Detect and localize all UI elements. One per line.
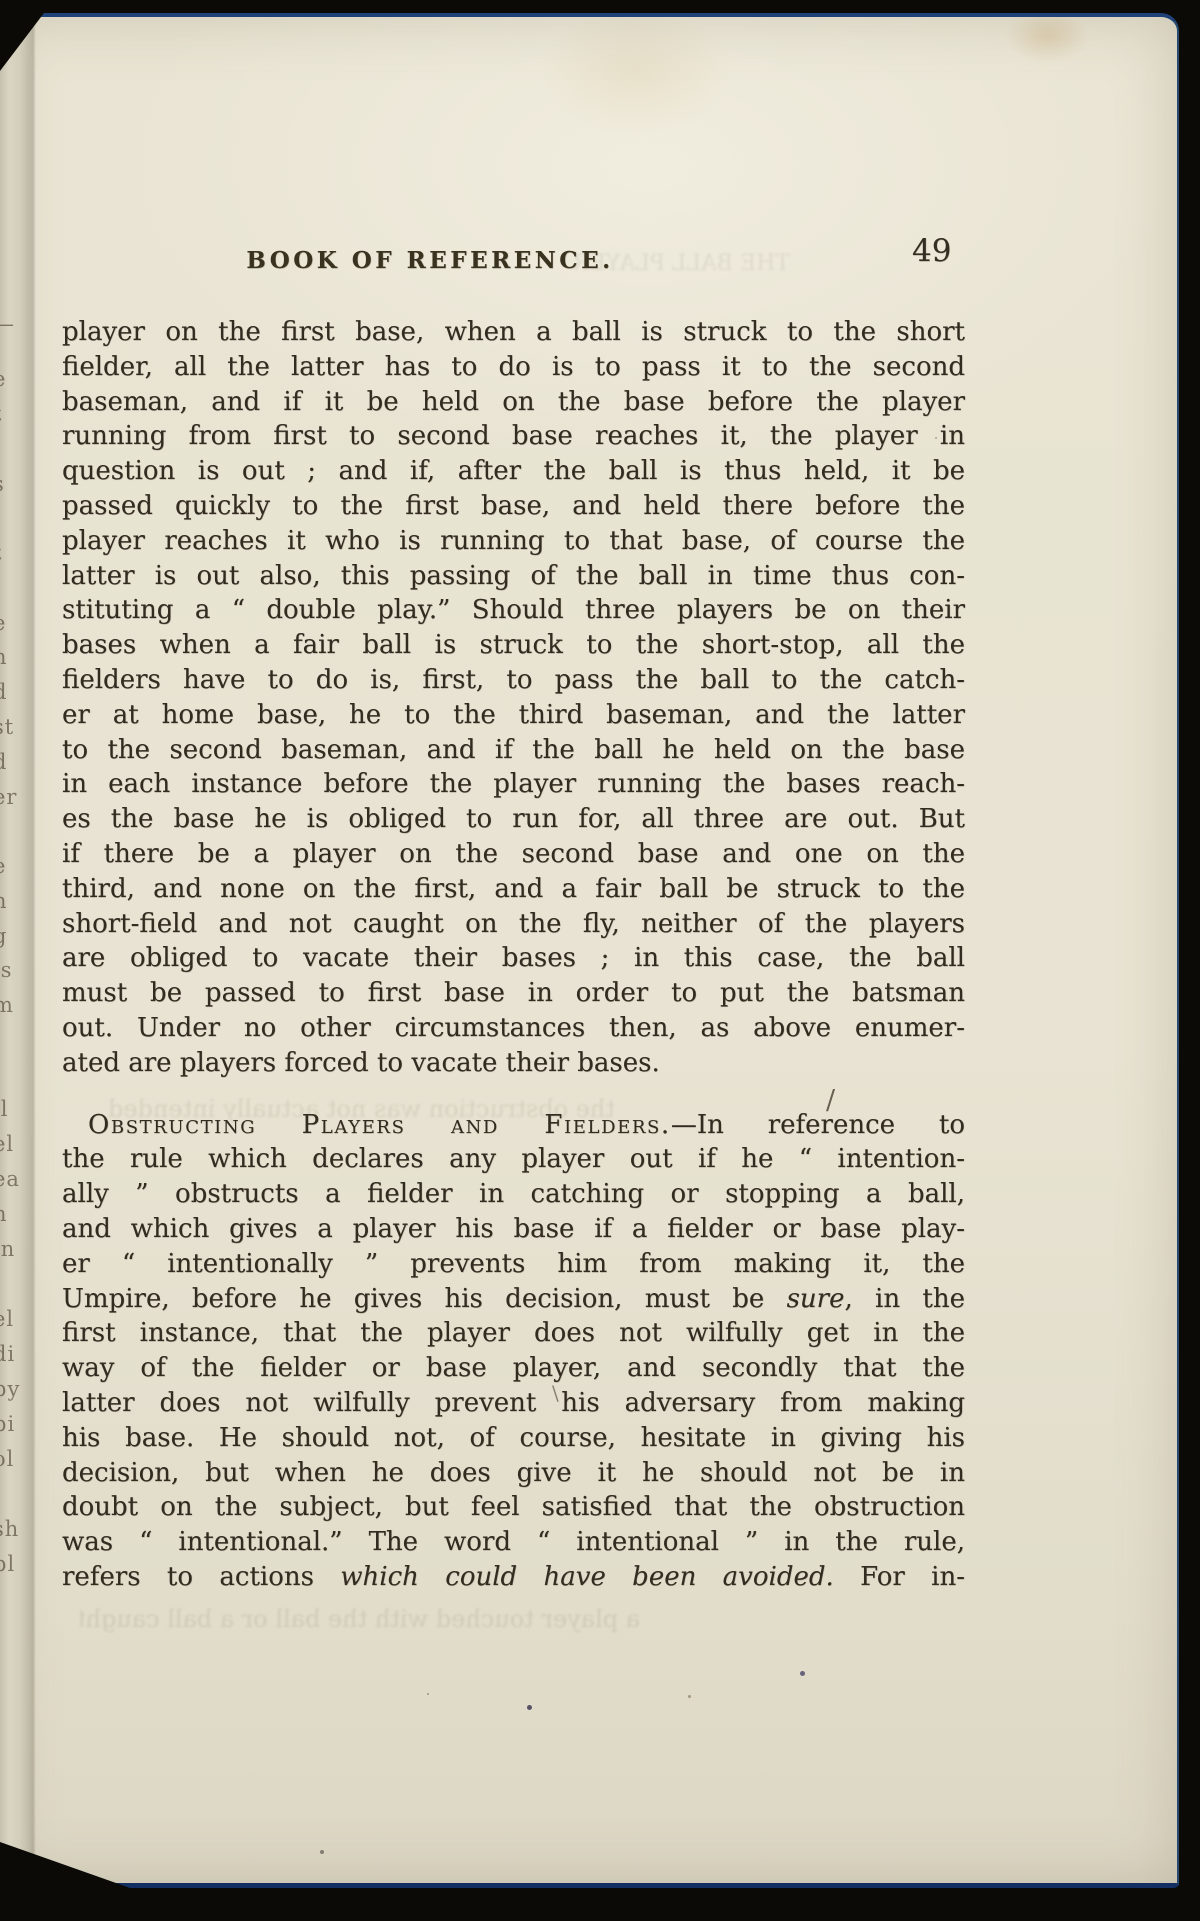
- text-line: must be passed to first base in order to…: [62, 976, 965, 1011]
- bleed-through-text: a player touched with the ball or a ball…: [80, 1605, 640, 1633]
- facing-page-edge: —etstendstderengismileleanineldibybiolsh…: [0, 17, 36, 1883]
- edge-letter-fragment: ea: [0, 1167, 20, 1191]
- text-line: ally ” obstructs a fielder in catching o…: [62, 1177, 965, 1212]
- edge-letter-fragment: st: [0, 715, 14, 739]
- ink-speck: [800, 1671, 805, 1676]
- scan-background: —etstendstderengismileleanineldibybiolsh…: [0, 0, 1200, 1921]
- text-line: es the base he is obliged to run for, al…: [62, 802, 965, 837]
- edge-letter-fragment: sh: [0, 1517, 19, 1541]
- text-line: short-field and not caught on the fly, n…: [62, 907, 965, 942]
- edge-letter-fragment: in: [0, 1237, 15, 1261]
- text-line: latter is out also, this passing of the …: [62, 559, 965, 594]
- edge-letter-fragment: el: [0, 1307, 14, 1331]
- text-line: er at home base, he to the third baseman…: [62, 698, 965, 733]
- edge-letter-fragment: t: [0, 541, 2, 565]
- text-line: Umpire, before he gives his decision, mu…: [62, 1282, 965, 1317]
- edge-letter-fragment: ol: [0, 1447, 14, 1471]
- ink-speck: [935, 437, 937, 439]
- text-line: ated are players forced to vacate their …: [62, 1046, 965, 1081]
- edge-letter-fragment: di: [0, 1342, 15, 1366]
- text-line: question is out ; and if, after the ball…: [62, 454, 965, 489]
- edge-letter-fragment: e: [0, 367, 6, 391]
- text-line: in each instance before the player runni…: [62, 767, 965, 802]
- page-corner-curl-top-left: [0, 13, 44, 71]
- text-line: player on the first base, when a ball is…: [62, 315, 965, 350]
- edge-letter-fragment: by: [0, 1377, 20, 1401]
- text-line: fielders have to do is, first, to pass t…: [62, 663, 965, 698]
- paragraph-2: Obstructing Players and Fielders.—In ref…: [62, 1108, 965, 1595]
- book-page: —etstendstderengismileleanineldibybiolsh…: [0, 13, 1179, 1888]
- text-line: to the second baseman, and if the ball h…: [62, 733, 965, 768]
- text-line: way of the fielder or base player, and s…: [62, 1351, 965, 1386]
- paragraph-1: player on the first base, when a ball is…: [62, 315, 965, 1081]
- bleed-through-text: the obstruction was not actually intende…: [95, 1095, 615, 1123]
- edge-letter-fragment: e: [0, 611, 6, 635]
- bleed-through-text: THE BALL PLAYER: [560, 251, 790, 276]
- edge-letter-fragment: g: [0, 924, 7, 948]
- text-line: er “ intentionally ” prevents him from m…: [62, 1247, 965, 1282]
- edge-letter-fragment: il: [0, 1097, 8, 1121]
- ink-speck: [527, 1705, 532, 1710]
- text-line: running from first to second base reache…: [62, 419, 965, 454]
- edge-letter-fragment: bi: [0, 1412, 15, 1436]
- text-line: are obliged to vacate their bases ; in t…: [62, 941, 965, 976]
- edge-letter-fragment: n: [0, 645, 8, 669]
- pen-mark: /: [826, 1085, 835, 1116]
- edge-letter-fragment: d: [0, 680, 7, 704]
- text-line: and which gives a player his base if a f…: [62, 1212, 965, 1247]
- edge-letter-fragment: n: [0, 1202, 8, 1226]
- text-line: his base. He should not, of course, hesi…: [62, 1421, 965, 1456]
- text-line: passed quickly to the first base, and he…: [62, 489, 965, 524]
- edge-letter-fragment: s: [0, 472, 5, 496]
- text-line: player reaches it who is running to that…: [62, 524, 965, 559]
- text-line: stituting a “ double play.” Should three…: [62, 593, 965, 628]
- ink-speck: [688, 1695, 691, 1698]
- edge-letter-fragment: m: [0, 993, 14, 1017]
- edge-letter-fragment: el: [0, 1132, 14, 1156]
- page-number: 49: [912, 233, 992, 269]
- edge-letter-fragment: is: [0, 958, 13, 982]
- text-line: out. Under no other circumstances then, …: [62, 1011, 965, 1046]
- edge-letter-fragment: d: [0, 750, 7, 774]
- text-line: doubt on the subject, but feel satisfied…: [62, 1490, 965, 1525]
- edge-letter-fragment: er: [0, 785, 17, 809]
- ink-speck: [427, 1693, 429, 1695]
- text-line: refers to actions which could have been …: [62, 1560, 965, 1595]
- edge-letter-fragment: bl: [0, 1552, 15, 1576]
- edge-letter-fragment: t: [0, 402, 2, 426]
- page-corner-curl-bottom-left: [0, 1842, 130, 1888]
- text-line: the rule which declares any player out i…: [62, 1142, 965, 1177]
- text-line: third, and none on the first, and a fair…: [62, 872, 965, 907]
- edge-letter-fragment: e: [0, 854, 6, 878]
- text-line: bases when a fair ball is struck to the …: [62, 628, 965, 663]
- text-line: fielder, all the latter has to do is to …: [62, 350, 965, 385]
- pen-mark: \: [552, 1381, 559, 1405]
- edge-letter-fragment: —: [0, 312, 15, 336]
- ink-speck: [320, 1850, 324, 1854]
- edge-letter-fragment: n: [0, 889, 8, 913]
- text-line: latter does not wilfully prevent his adv…: [62, 1386, 965, 1421]
- text-line: was “ intentional.” The word “ intention…: [62, 1525, 965, 1560]
- text-line: baseman, and if it be held on the base b…: [62, 385, 965, 420]
- text-line: first instance, that the player does not…: [62, 1316, 965, 1351]
- text-line: decision, but when he does give it he sh…: [62, 1456, 965, 1491]
- text-line: if there be a player on the second base …: [62, 837, 965, 872]
- page-body: player on the first base, when a ball is…: [62, 315, 965, 1595]
